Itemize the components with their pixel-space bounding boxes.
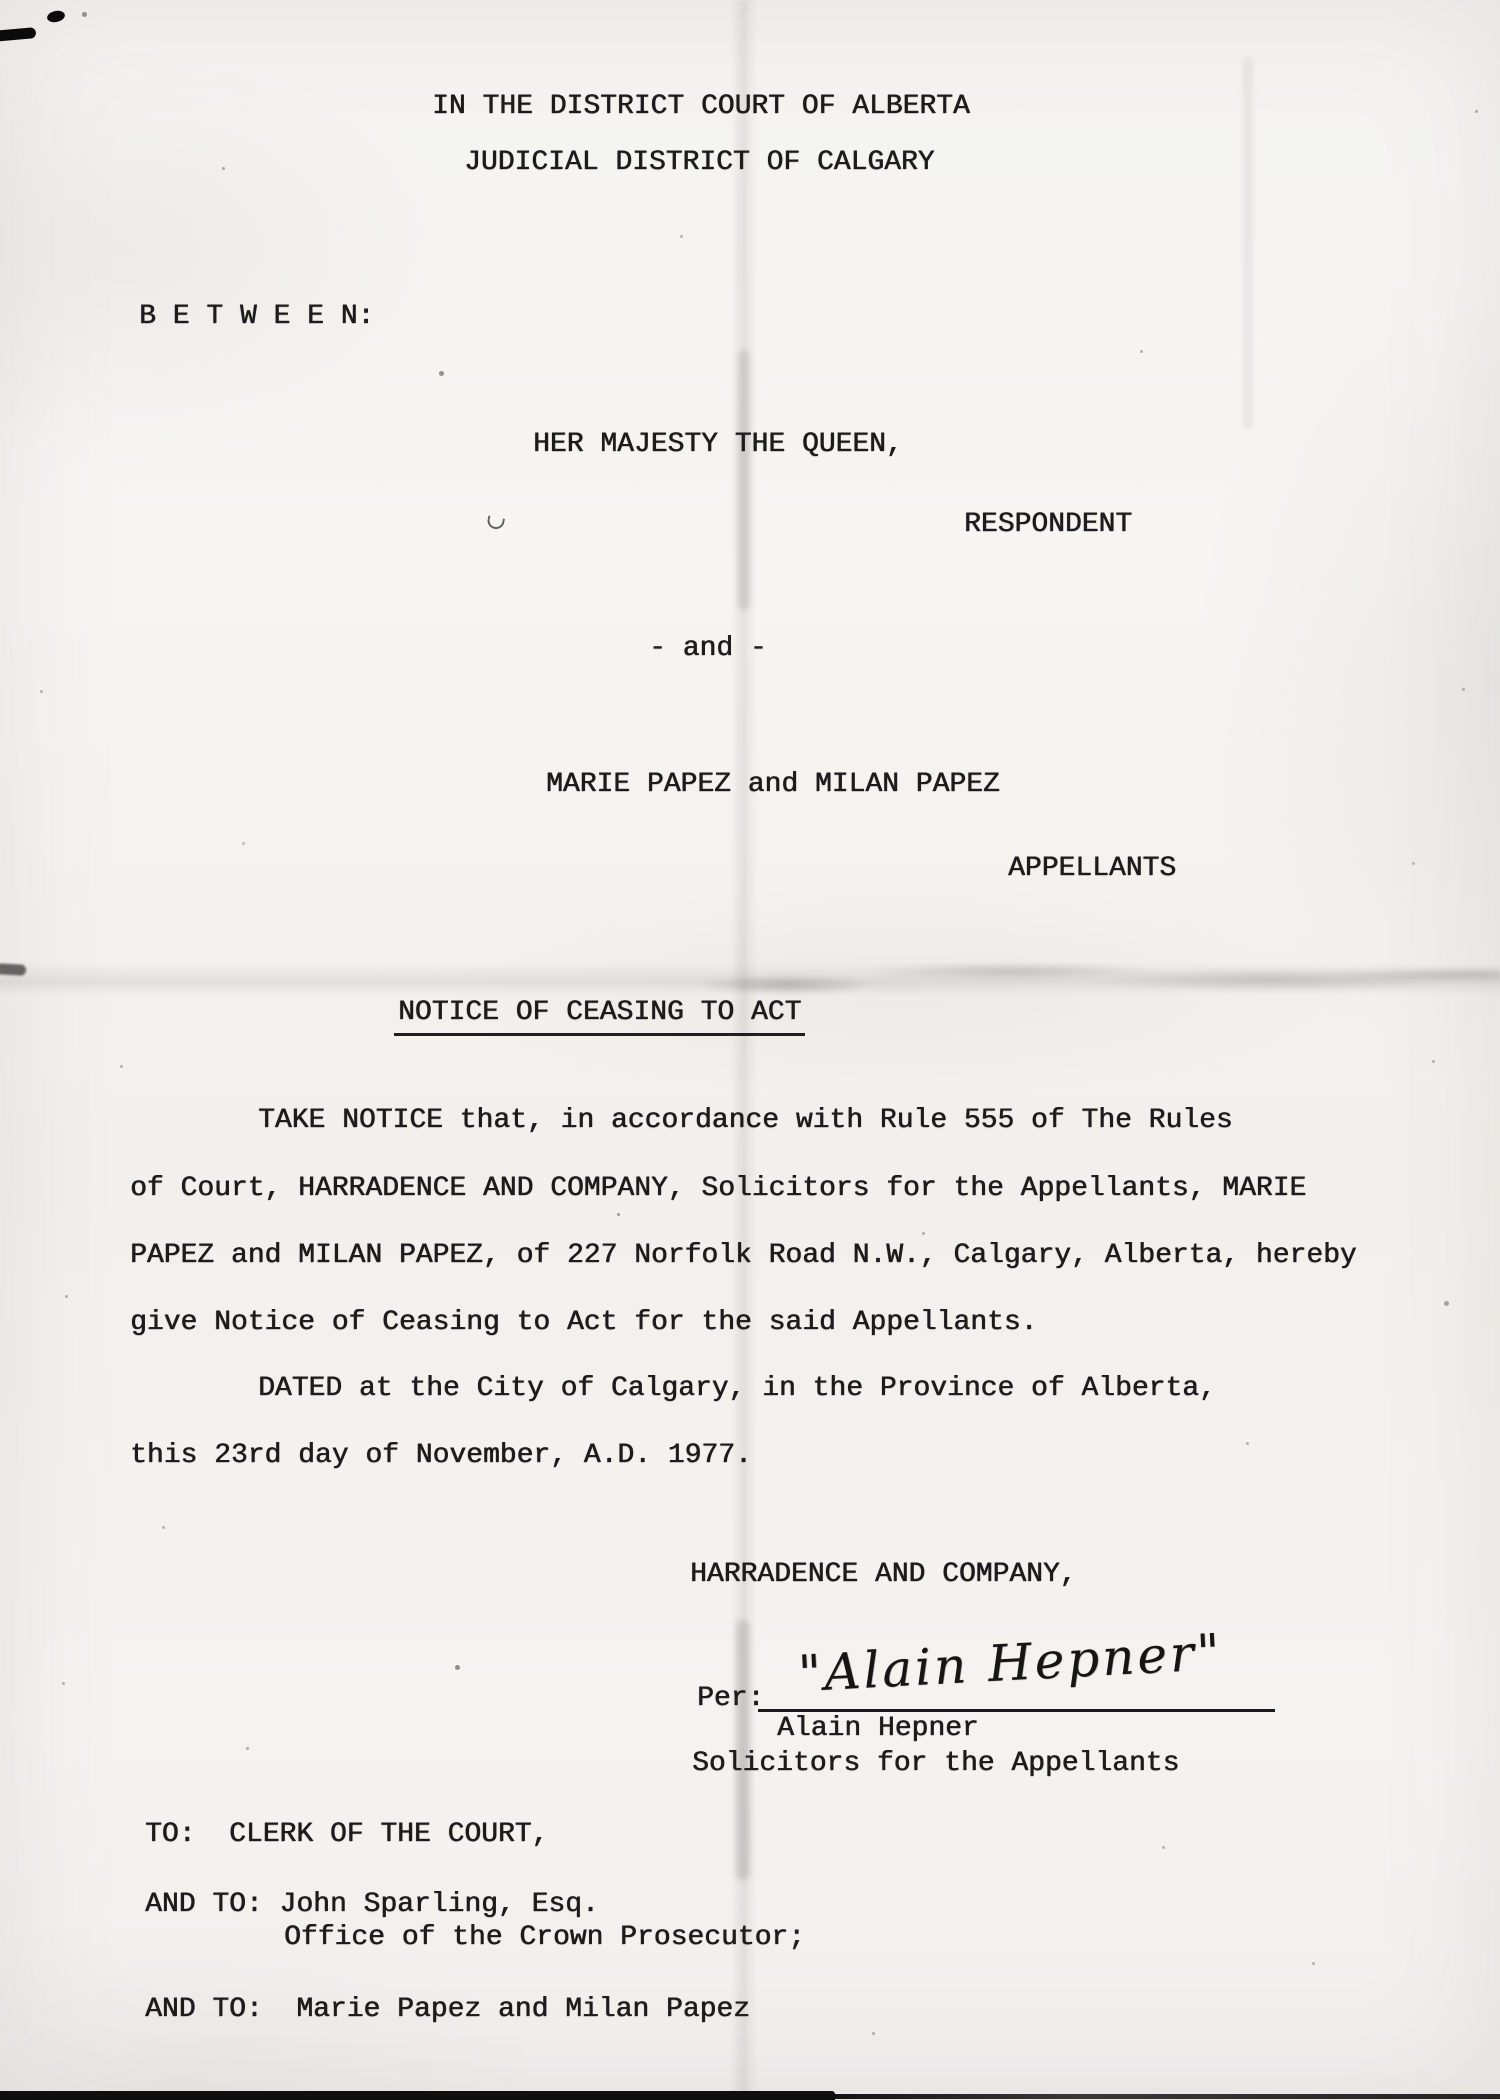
notice-paragraph1-line4: give Notice of Ceasing to Act for the sa… [130, 1306, 1037, 1340]
paper-edge-nick [0, 963, 26, 976]
recipient-and-to-sparling: AND TO: John Sparling, Esq. [145, 1888, 599, 1922]
recipient-crown-office: Office of the Crown Prosecutor; [284, 1921, 805, 1955]
notice-paragraph1-line1: TAKE NOTICE that, in accordance with Rul… [258, 1104, 1233, 1138]
paper-speckles [0, 0, 3, 3]
dated-line1: DATED at the City of Calgary, in the Pro… [258, 1372, 1216, 1406]
notice-paragraph1-line2: of Court, HARRADENCE AND COMPANY, Solici… [130, 1172, 1306, 1206]
appellants-names: MARIE PAPEZ and MILAN PAPEZ [546, 768, 1000, 802]
between-label: B E T W E E N: [139, 300, 374, 334]
vertical-fold-crease-shadow [738, 350, 750, 610]
typed-signatory-name: Alain Hepner [777, 1712, 979, 1746]
dated-line2: this 23rd day of November, A.D. 1977. [130, 1439, 752, 1473]
scan-edge-bar [0, 2091, 835, 2100]
appellants-role-label: APPELLANTS [1008, 852, 1176, 886]
respondent-name: HER MAJESTY THE QUEEN, [533, 428, 903, 462]
notice-paragraph1-line3: PAPEZ and MILAN PAPEZ, of 227 Norfolk Ro… [130, 1239, 1357, 1273]
recipient-to-clerk: TO: CLERK OF THE COURT, [145, 1818, 548, 1852]
per-label: Per: [697, 1682, 764, 1716]
notice-title: NOTICE OF CEASING TO ACT [398, 996, 805, 1030]
notice-title-text: NOTICE OF CEASING TO ACT [394, 997, 805, 1036]
firm-name: HARRADENCE AND COMPANY, [690, 1558, 1076, 1592]
recipient-and-to-papez: AND TO: Marie Papez and Milan Papez [145, 1993, 750, 2027]
respondent-role-label: RESPONDENT [964, 508, 1132, 542]
court-name-line: IN THE DISTRICT COURT OF ALBERTA [432, 90, 970, 124]
signatory-role: Solicitors for the Appellants [692, 1747, 1179, 1781]
and-separator: - and - [649, 632, 767, 666]
scan-streak [1240, 58, 1256, 428]
judicial-district-line: JUDICIAL DISTRICT OF CALGARY [464, 146, 934, 180]
